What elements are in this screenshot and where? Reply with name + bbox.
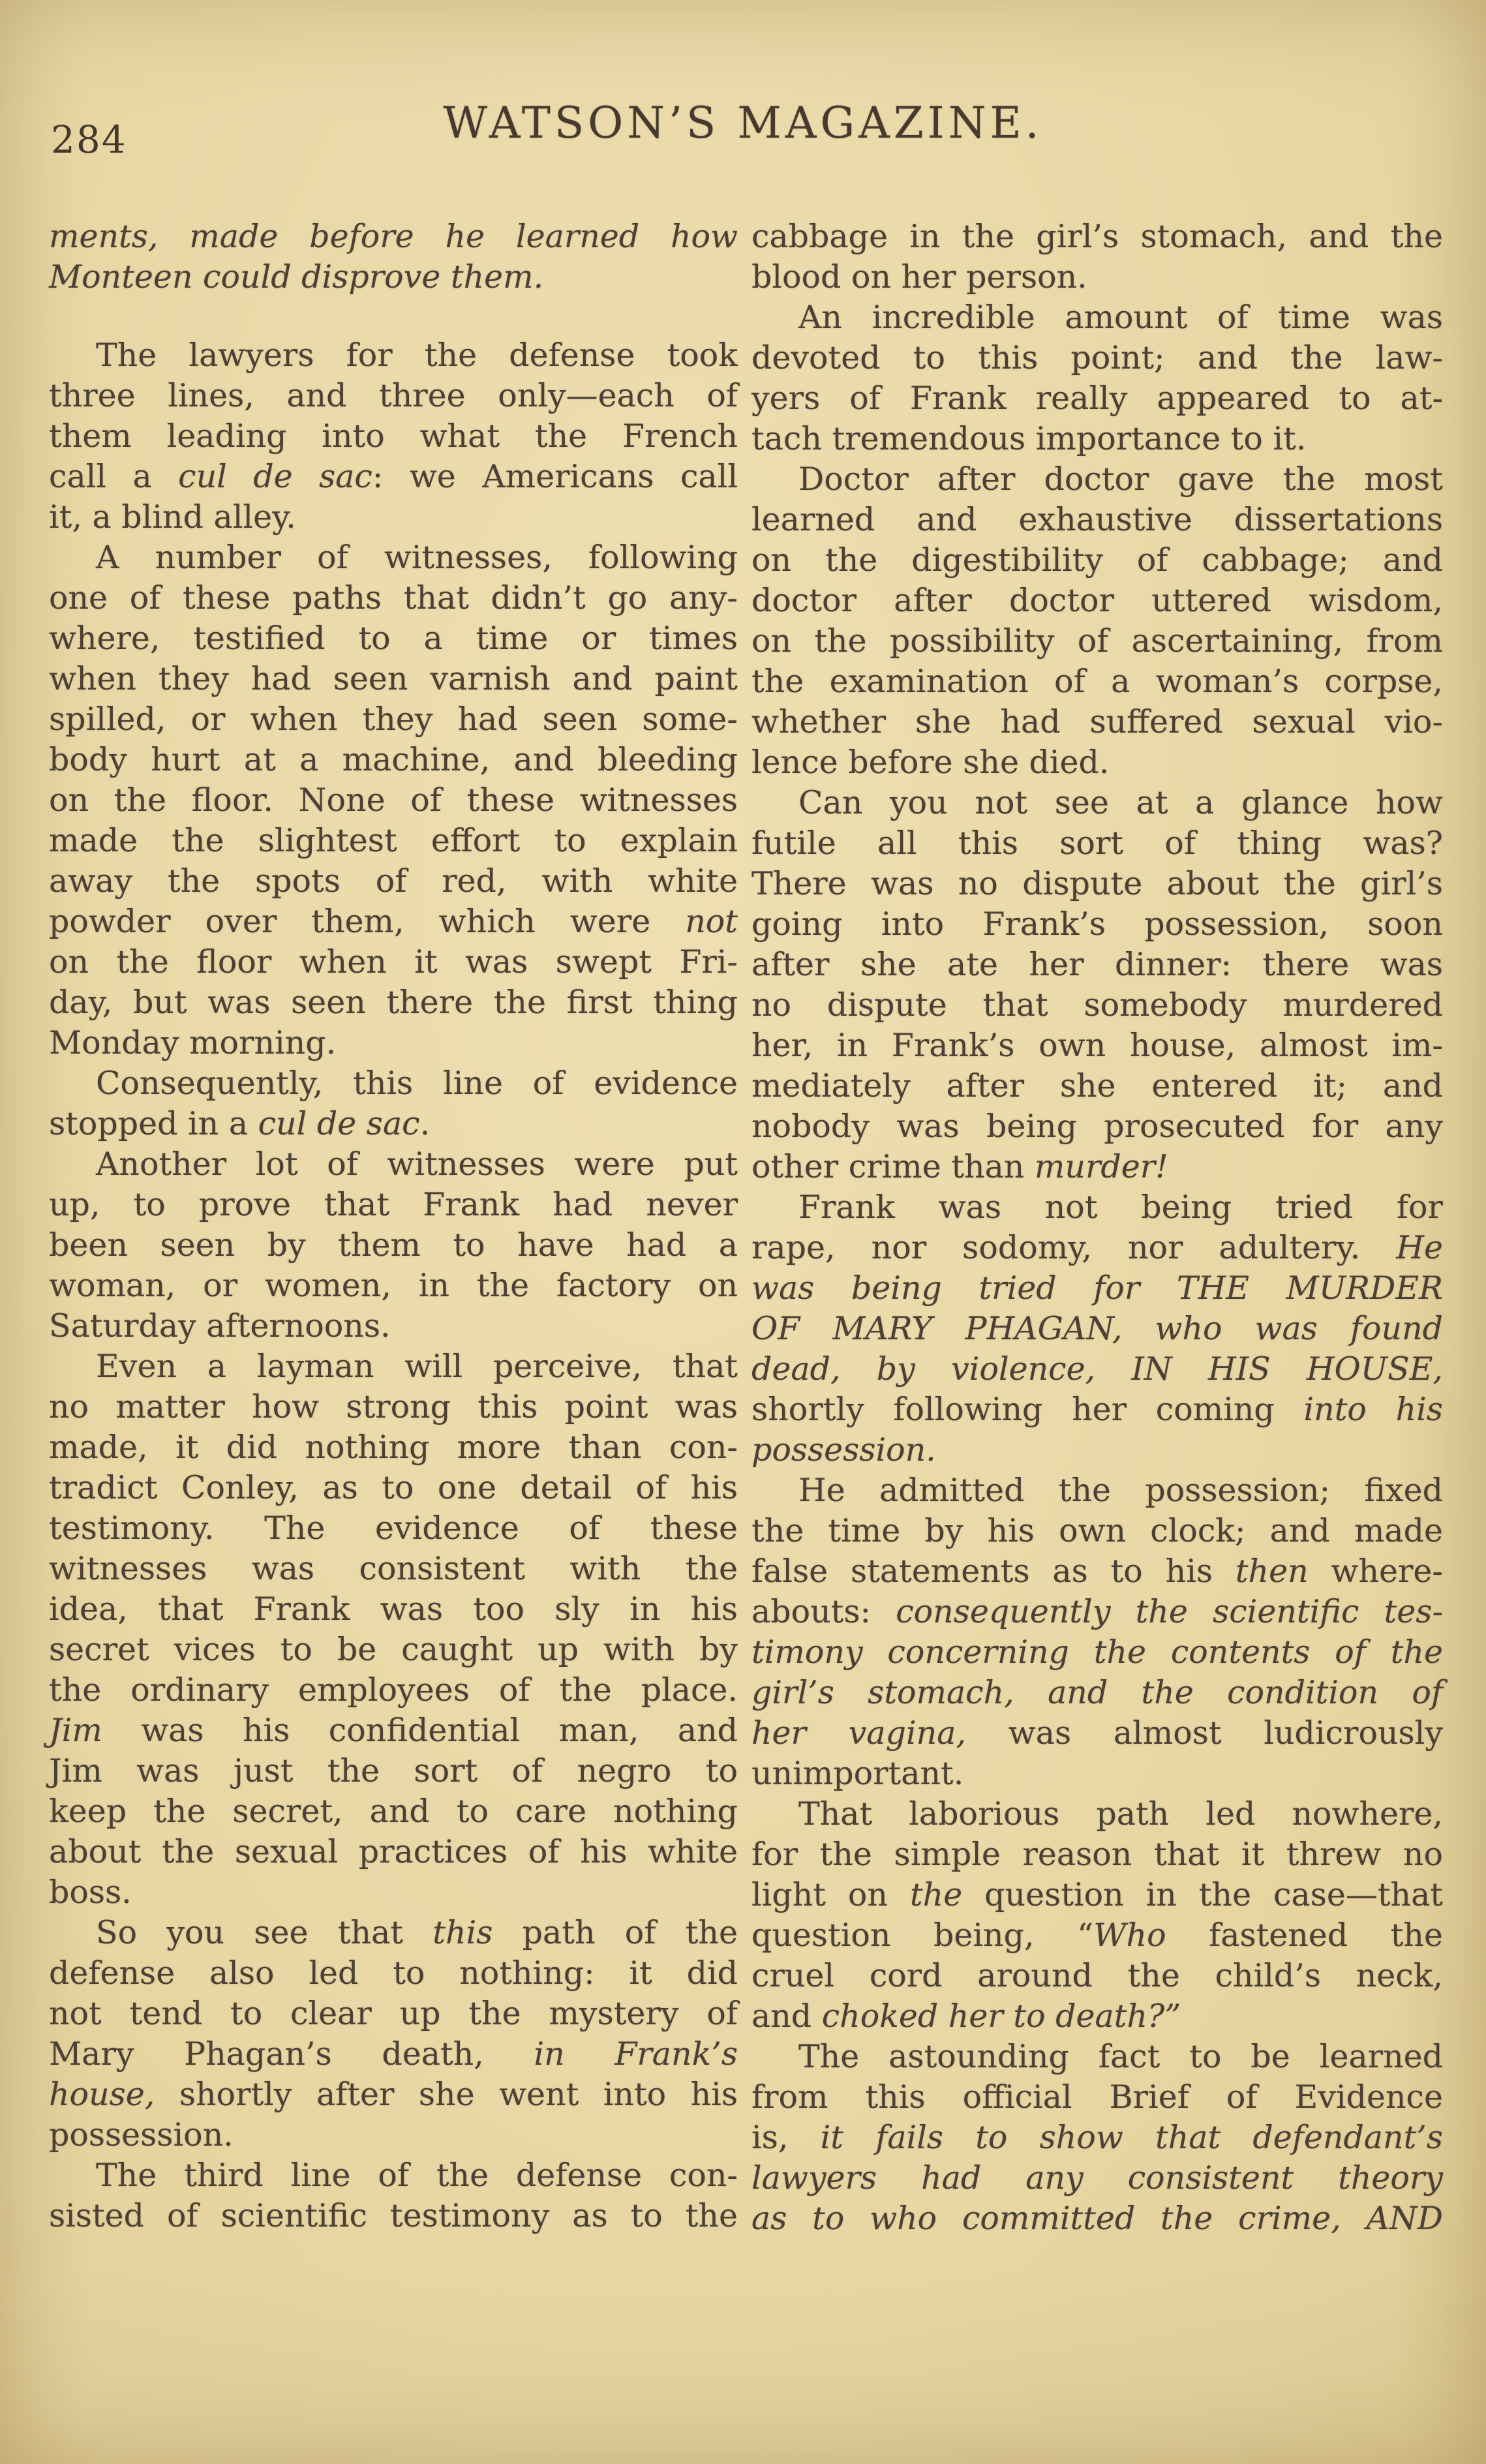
text-run: Even a layman will perceive, that — [96, 1348, 738, 1385]
text-run: unimportant. — [751, 1755, 963, 1792]
italic-text-run: lawyers had any consistent theory — [751, 2159, 1443, 2197]
text-run: idea, that Frank was too sly in his — [49, 1590, 738, 1628]
text-run: testimony. The evidence of these — [49, 1510, 738, 1547]
italic-text-run: not — [685, 903, 738, 940]
text-run: rape, nor sodomy, nor adultery. — [751, 1229, 1396, 1266]
text-run: Consequently, this line of evidence — [96, 1065, 738, 1102]
text-run: shortly after she went into his — [155, 2076, 738, 2113]
text-run: possession. — [49, 2116, 234, 2153]
text-run: on the digestibility of cabbage; and — [751, 541, 1443, 579]
text-run: blood on her person. — [751, 258, 1087, 296]
text-line: away the spots of red, with white — [49, 861, 738, 902]
text-line: after she ate her dinner: there was — [751, 945, 1443, 985]
text-line: timony concerning the contents of the — [751, 1632, 1443, 1673]
text-run: spilled, or when they had seen some- — [49, 701, 738, 738]
italic-text-run: cul de sac — [258, 1105, 420, 1142]
text-run: cabbage in the girl’s stomach, and the — [751, 218, 1443, 255]
text-line: ments, made before he learned how — [49, 217, 738, 257]
italic-text-run: consequently the scientific tes- — [896, 1593, 1443, 1630]
text-run: was almost ludicrously — [966, 1714, 1443, 1752]
italic-text-run: murder! — [1035, 1148, 1168, 1185]
text-run: Another lot of witnesses were put — [96, 1146, 738, 1183]
text-run: about the sexual practices of his white — [49, 1833, 738, 1870]
text-run: from this official Brief of Evidence — [751, 2078, 1443, 2116]
text-run: futile all this sort of thing was? — [751, 825, 1443, 862]
text-line: OF MARY PHAGAN, who was found — [751, 1309, 1443, 1349]
text-line: been seen by them to have had a — [49, 1225, 738, 1266]
text-line: Can you not see at a glance how — [751, 783, 1443, 823]
text-line: tradict Conley, as to one detail of his — [49, 1468, 738, 1508]
text-run: cruel cord around the child’s neck, — [751, 1957, 1443, 1994]
italic-text-run: was being tried for THE MURDER — [751, 1270, 1443, 1307]
text-line: from this official Brief of Evidence — [751, 2077, 1443, 2118]
italic-text-run: cul de sac — [178, 458, 372, 495]
text-line: no dispute that somebody murdered — [751, 985, 1443, 1026]
text-line: it, a blind alley. — [49, 497, 738, 538]
text-run: made the slightest effort to explain — [49, 822, 738, 859]
text-line: up, to prove that Frank had never — [49, 1185, 738, 1225]
text-line: Jim was just the sort of negro to — [49, 1751, 738, 1791]
text-line: So you see that this path of the — [49, 1913, 738, 1953]
text-run: call a — [49, 458, 178, 495]
text-line: nobody was being prosecuted for any — [751, 1106, 1443, 1147]
text-run: Doctor after doctor gave the most — [798, 461, 1443, 498]
magazine-page-scan: 284 WATSON’S MAGAZINE. ments, made befor… — [0, 0, 1486, 2464]
text-run: made, it did nothing more than con- — [49, 1429, 738, 1466]
text-line: boss. — [49, 1872, 738, 1913]
text-column-left: ments, made before he learned howMonteen… — [49, 217, 738, 2236]
text-run: A number of witnesses, following — [96, 539, 738, 576]
text-run: was his confidential man, and — [102, 1712, 738, 1749]
text-line: cabbage in the girl’s stomach, and the — [751, 217, 1443, 257]
text-run: after she ate her dinner: there was — [751, 946, 1443, 983]
text-line: whether she had suffered sexual vio- — [751, 702, 1443, 742]
text-column-right: cabbage in the girl’s stomach, and thebl… — [751, 217, 1443, 2239]
text-run: body hurt at a machine, and bleeding — [49, 741, 738, 778]
italic-text-run: OF MARY PHAGAN, who was found — [751, 1310, 1443, 1347]
text-run: woman, or women, in the factory on — [49, 1267, 738, 1304]
text-run: So you see that — [96, 1914, 432, 1951]
text-run: away the spots of red, with white — [49, 862, 738, 900]
text-line: dead, by violence, IN HIS HOUSE, — [751, 1349, 1443, 1390]
text-run: question being, “ — [751, 1917, 1093, 1954]
text-run: other crime than — [751, 1148, 1035, 1185]
text-line: sisted of scientific testimony as to the — [49, 2196, 738, 2236]
italic-text-run: timony concerning the contents of the — [751, 1634, 1443, 1671]
text-run: Can you not see at a glance how — [798, 784, 1443, 821]
text-line: not tend to clear up the mystery of — [49, 1994, 738, 2034]
text-run: up, to prove that Frank had never — [49, 1186, 738, 1223]
text-line: Monday morning. — [49, 1023, 738, 1063]
text-line: yers of Frank really appeared to at- — [751, 378, 1443, 419]
text-line: A number of witnesses, following — [49, 538, 738, 578]
italic-text-run: Jim — [49, 1712, 102, 1749]
text-run: when they had seen varnish and paint — [49, 660, 738, 697]
italic-text-run: Who — [1093, 1917, 1166, 1954]
italic-text-run: as to who committed the crime, AND — [751, 2200, 1443, 2237]
text-run: Mary Phagan’s death, — [49, 2035, 534, 2073]
text-run: witnesses was consistent with the — [49, 1550, 738, 1587]
text-line: Frank was not being tried for — [751, 1187, 1443, 1228]
text-run: the time by his own clock; and made — [751, 1512, 1443, 1549]
text-run: and — [751, 1998, 822, 2035]
text-line: Saturday afternoons. — [49, 1306, 738, 1346]
text-run: sisted of scientific testimony as to the — [49, 2197, 738, 2234]
text-run: Frank was not being tried for — [798, 1189, 1443, 1226]
text-line: one of these paths that didn’t go any- — [49, 578, 738, 618]
text-run: : we Americans call — [372, 458, 738, 495]
text-line: made the slightest effort to explain — [49, 821, 738, 861]
text-line: Doctor after doctor gave the most — [751, 459, 1443, 500]
text-line: Jim was his confidential man, and — [49, 1711, 738, 1751]
text-run: doctor after doctor uttered wisdom, — [751, 582, 1443, 619]
text-run: fastened the — [1166, 1917, 1443, 1954]
text-run: mediately after she entered it; and — [751, 1067, 1443, 1104]
text-run: powder over them, which were — [49, 903, 685, 940]
text-line: secret vices to be caught up with by — [49, 1630, 738, 1670]
text-run: where- — [1309, 1553, 1443, 1590]
text-run: keep the secret, and to care nothing — [49, 1793, 738, 1830]
text-line: was being tried for THE MURDER — [751, 1268, 1443, 1309]
text-line: That laborious path led nowhere, — [751, 1794, 1443, 1834]
text-run: He admitted the possession; fixed — [798, 1472, 1443, 1509]
text-line: about the sexual practices of his white — [49, 1832, 738, 1872]
text-line: Another lot of witnesses were put — [49, 1144, 738, 1185]
magazine-title: WATSON’S MAGAZINE. — [0, 98, 1486, 148]
text-line: light on the question in the case—that — [751, 1875, 1443, 1915]
text-line: and choked her to death?” — [751, 1996, 1443, 2037]
text-line: question being, “Who fastened the — [751, 1915, 1443, 1956]
text-line: going into Frank’s possession, soon — [751, 904, 1443, 945]
italic-text-run: house, — [49, 2076, 155, 2113]
text-line: futile all this sort of thing was? — [751, 823, 1443, 864]
text-run: on the possibility of ascertaining, from — [751, 622, 1443, 660]
text-line: The third line of the defense con- — [49, 2155, 738, 2196]
text-run: the ordinary employees of the place. — [49, 1671, 738, 1709]
italic-text-run: dead, by violence, IN HIS HOUSE, — [751, 1350, 1443, 1388]
text-line: false statements as to his then where- — [751, 1551, 1443, 1592]
italic-text-run: in Frank’s — [534, 2035, 738, 2073]
text-run: going into Frank’s possession, soon — [751, 905, 1443, 943]
italic-text-run: ments, made before he learned how — [49, 218, 738, 255]
text-line: the ordinary employees of the place. — [49, 1670, 738, 1711]
text-line: testimony. The evidence of these — [49, 1508, 738, 1549]
text-line: her vagina, was almost ludicrously — [751, 1713, 1443, 1754]
text-run: Saturday afternoons. — [49, 1307, 391, 1345]
text-run: The lawyers for the defense took — [96, 337, 738, 374]
italic-text-run: the — [910, 1876, 962, 1913]
text-run: no dispute that somebody murdered — [751, 986, 1443, 1024]
text-line: Even a layman will perceive, that — [49, 1346, 738, 1387]
text-run: whether she had suffered sexual vio- — [751, 703, 1443, 740]
text-run: her, in Frank’s own house, almost im- — [751, 1027, 1443, 1064]
text-run: lence before she died. — [751, 744, 1110, 781]
text-line: house, shortly after she went into his — [49, 2075, 738, 2115]
text-line: unimportant. — [751, 1754, 1443, 1794]
text-run: yers of Frank really appeared to at- — [751, 380, 1443, 417]
text-line: learned and exhaustive dissertations — [751, 500, 1443, 540]
text-run: boss. — [49, 1874, 132, 1911]
italic-text-run: it fails to show that defendant’s — [821, 2119, 1443, 2156]
text-line: tach tremendous importance to it. — [751, 419, 1443, 459]
text-run: not tend to clear up the mystery of — [49, 1995, 738, 2032]
text-line: The lawyers for the defense took — [49, 335, 738, 376]
text-line: The astounding fact to be learned — [751, 2037, 1443, 2077]
text-line: them leading into what the French — [49, 416, 738, 457]
text-run: nobody was being prosecuted for any — [751, 1108, 1443, 1145]
text-run: day, but was seen there the first thing — [49, 984, 738, 1021]
text-line: lawyers had any consistent theory — [751, 2158, 1443, 2198]
text-run: path of the — [493, 1914, 738, 1951]
italic-text-run: He — [1396, 1229, 1443, 1266]
text-run: Jim was just the sort of negro to — [49, 1752, 738, 1789]
italic-text-run: choked her to death?” — [822, 1998, 1181, 2035]
text-run: the examination of a woman’s corpse, — [751, 663, 1443, 700]
text-run: abouts: — [751, 1593, 896, 1630]
text-run: tradict Conley, as to one detail of his — [49, 1469, 738, 1506]
text-line: defense also led to nothing: it did — [49, 1953, 738, 1994]
text-line: blood on her person. — [751, 257, 1443, 297]
text-line: There was no dispute about the girl’s — [751, 864, 1443, 904]
text-line: idea, that Frank was too sly in his — [49, 1589, 738, 1630]
section-break — [49, 297, 738, 335]
text-line: on the floor. None of these witnesses — [49, 780, 738, 821]
text-run: secret vices to be caught up with by — [49, 1631, 738, 1668]
text-run: on the floor. None of these witnesses — [49, 782, 738, 819]
text-line: Consequently, this line of evidence — [49, 1063, 738, 1104]
text-line: as to who committed the crime, AND — [751, 2198, 1443, 2239]
text-line: stopped in a cul de sac. — [49, 1104, 738, 1144]
text-line: call a cul de sac: we Americans call — [49, 457, 738, 497]
italic-text-run: this — [432, 1914, 493, 1951]
text-run: Monday morning. — [49, 1024, 336, 1061]
text-run: stopped in a — [49, 1105, 258, 1142]
text-line: on the digestibility of cabbage; and — [751, 540, 1443, 581]
text-line: witnesses was consistent with the — [49, 1549, 738, 1589]
text-run: for the simple reason that it threw no — [751, 1836, 1443, 1873]
text-run: tach tremendous importance to it. — [751, 420, 1306, 457]
text-line: is, it fails to show that defendant’s — [751, 2118, 1443, 2158]
text-line: Monteen could disprove them. — [49, 257, 738, 297]
text-line: cruel cord around the child’s neck, — [751, 1956, 1443, 1996]
italic-text-run: Monteen could disprove them. — [49, 258, 543, 296]
text-run: . — [420, 1105, 431, 1142]
text-line: other crime than murder! — [751, 1147, 1443, 1187]
text-line: shortly following her coming into his — [751, 1390, 1443, 1430]
text-run: That laborious path led nowhere, — [798, 1795, 1443, 1833]
text-line: mediately after she entered it; and — [751, 1066, 1443, 1106]
text-run: it, a blind alley. — [49, 498, 296, 536]
text-run: An incredible amount of time was — [798, 299, 1443, 336]
text-line: three lines, and three only—each of — [49, 376, 738, 416]
text-run: There was no dispute about the girl’s — [751, 865, 1443, 902]
text-line: her, in Frank’s own house, almost im- — [751, 1026, 1443, 1066]
text-line: when they had seen varnish and paint — [49, 659, 738, 699]
text-line: girl’s stomach, and the condition of — [751, 1673, 1443, 1713]
text-run: one of these paths that didn’t go any- — [49, 579, 738, 616]
text-line: day, but was seen there the first thing — [49, 982, 738, 1023]
italic-text-run: possession. — [751, 1431, 936, 1468]
text-line: powder over them, which were not — [49, 902, 738, 942]
italic-text-run: then — [1236, 1553, 1309, 1590]
text-run: is, — [751, 2119, 821, 2156]
text-run: shortly following her coming — [751, 1391, 1304, 1428]
text-line: woman, or women, in the factory on — [49, 1266, 738, 1306]
italic-text-run: girl’s stomach, and the condition of — [751, 1674, 1443, 1711]
text-line: no matter how strong this point was — [49, 1387, 738, 1427]
text-line: He admitted the possession; fixed — [751, 1470, 1443, 1511]
text-line: abouts: consequently the scientific tes- — [751, 1592, 1443, 1632]
text-run: question in the case—that — [962, 1876, 1443, 1913]
text-run: them leading into what the French — [49, 418, 738, 455]
text-run: three lines, and three only—each of — [49, 377, 738, 414]
text-line: where, testified to a time or times — [49, 618, 738, 659]
text-run: light on — [751, 1876, 910, 1913]
text-line: made, it did nothing more than con- — [49, 1427, 738, 1468]
text-line: on the floor when it was swept Fri- — [49, 942, 738, 982]
text-line: possession. — [49, 2115, 738, 2155]
text-line: An incredible amount of time was — [751, 297, 1443, 338]
text-line: body hurt at a machine, and bleeding — [49, 740, 738, 780]
text-run: false statements as to his — [751, 1553, 1236, 1590]
text-line: spilled, or when they had seen some- — [49, 699, 738, 740]
text-run: The third line of the defense con- — [96, 2157, 738, 2194]
text-line: the examination of a woman’s corpse, — [751, 662, 1443, 702]
text-run: no matter how strong this point was — [49, 1388, 738, 1425]
text-line: devoted to this point; and the law- — [751, 338, 1443, 378]
text-run: devoted to this point; and the law- — [751, 339, 1443, 376]
text-run: where, testified to a time or times — [49, 620, 738, 657]
text-line: lence before she died. — [751, 742, 1443, 783]
text-line: on the possibility of ascertaining, from — [751, 621, 1443, 662]
text-line: for the simple reason that it threw no — [751, 1834, 1443, 1875]
text-run: defense also led to nothing: it did — [49, 1954, 738, 1992]
text-line: keep the secret, and to care nothing — [49, 1791, 738, 1832]
text-line: Mary Phagan’s death, in Frank’s — [49, 2034, 738, 2075]
text-line: rape, nor sodomy, nor adultery. He — [751, 1228, 1443, 1268]
text-run: learned and exhaustive dissertations — [751, 501, 1443, 538]
text-run: on the floor when it was swept Fri- — [49, 943, 738, 981]
text-line: the time by his own clock; and made — [751, 1511, 1443, 1551]
text-run: been seen by them to have had a — [49, 1226, 738, 1264]
text-run: The astounding fact to be learned — [798, 2038, 1443, 2075]
italic-text-run: her vagina, — [751, 1714, 966, 1752]
text-line: doctor after doctor uttered wisdom, — [751, 581, 1443, 621]
text-line: possession. — [751, 1430, 1443, 1470]
italic-text-run: into his — [1304, 1391, 1444, 1428]
